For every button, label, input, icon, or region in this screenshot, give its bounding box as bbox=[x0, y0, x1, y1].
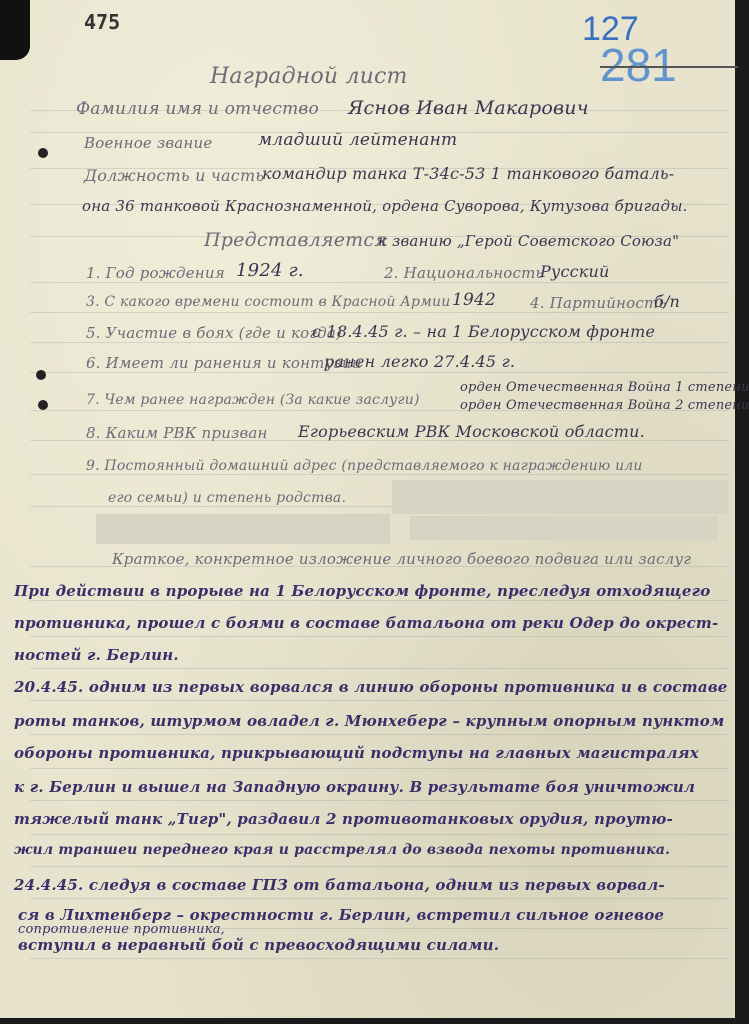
award-sheet-page: 475 127 281 Наградной лист Фамилия имя и… bbox=[0, 0, 735, 1018]
summary-heading: Краткое, конкретное изложение личного бо… bbox=[112, 550, 691, 568]
item-8-label: 8. Каким РВК призван bbox=[86, 424, 268, 442]
item-7-label: 7. Чем ранее награжден (За какие заслуги… bbox=[86, 392, 420, 408]
position-value-line1: командир танка Т-34с-53 1 танкового бата… bbox=[262, 164, 674, 183]
item-4-value: б/п bbox=[654, 292, 680, 311]
item-1-label: 1. Год рождения bbox=[86, 264, 225, 282]
narrative-line: При действии в прорыве на 1 Белорусском … bbox=[14, 582, 710, 600]
item-2-value: Русский bbox=[540, 262, 610, 281]
item-5-label: 5. Участие в боях (где и когда) bbox=[86, 324, 342, 342]
item-6-value: ранен легко 27.4.45 г. bbox=[324, 352, 515, 371]
punch-hole bbox=[38, 400, 48, 410]
item-7-value-line2: орден Отечественная Война 2 степени bbox=[460, 398, 749, 413]
rank-label: Военное звание bbox=[84, 134, 212, 152]
narrative-line: роты танков, штурмом овладел г. Мюнхебер… bbox=[14, 712, 724, 730]
redacted-address bbox=[392, 480, 728, 514]
stamp-number: 475 bbox=[84, 10, 120, 34]
item-2-label: 2. Национальность bbox=[384, 264, 544, 282]
rank-value: младший лейтенант bbox=[258, 130, 457, 150]
item-8-value: Егорьевским РВК Московской области. bbox=[298, 422, 645, 441]
narrative-line: обороны противника, прикрывающий подступ… bbox=[14, 744, 699, 762]
punch-hole bbox=[38, 148, 48, 158]
archive-number-bottom: 281 bbox=[600, 38, 677, 92]
nominated-label: Представляется bbox=[204, 229, 387, 251]
item-7-value-line1: орден Отечественная Война 1 степени bbox=[460, 380, 749, 395]
narrative-line: к г. Берлин и вышел на Западную окраину.… bbox=[14, 778, 695, 796]
narrative-line: 20.4.45. одним из первых ворвался в лини… bbox=[14, 678, 728, 696]
narrative-line: тяжелый танк „Тигр", раздавил 2 противот… bbox=[14, 810, 673, 828]
document-title: Наградной лист bbox=[210, 64, 408, 89]
item-3-value: 1942 bbox=[452, 290, 496, 310]
nominated-value: к званию „Герой Советского Союза" bbox=[378, 232, 679, 250]
position-value-line2: она 36 танковой Краснознаменной, ордена … bbox=[82, 197, 688, 215]
narrative-line: ностей г. Берлин. bbox=[14, 646, 179, 664]
item-4-label: 4. Партийность bbox=[530, 294, 667, 312]
redacted-address-3 bbox=[410, 516, 718, 540]
item-3-label: 3. С какого времени состоит в Красной Ар… bbox=[86, 294, 450, 310]
name-value: Яснов Иван Макарович bbox=[348, 97, 589, 119]
narrative-line: противника, прошел с боями в составе бат… bbox=[14, 614, 718, 632]
item-5-value: с 18.4.45 г. – на 1 Белорусском фронте bbox=[312, 322, 655, 341]
position-label: Должность и часть bbox=[84, 166, 264, 185]
redacted-address-2 bbox=[96, 514, 390, 544]
narrative-line: 24.4.45. следуя в составе ГПЗ от батальо… bbox=[14, 876, 665, 894]
item-6-label: 6. Имеет ли ранения и контузии bbox=[86, 354, 362, 372]
punch-hole bbox=[36, 370, 46, 380]
name-label: Фамилия имя и отчество bbox=[76, 99, 319, 119]
torn-corner bbox=[0, 0, 30, 60]
item-1-value: 1924 г. bbox=[236, 260, 304, 281]
narrative-line: сопротивление противника, bbox=[18, 922, 225, 937]
item-9-label-line1: 9. Постоянный домашний адрес (представля… bbox=[86, 458, 643, 474]
strike-line bbox=[600, 66, 738, 68]
narrative-line: жил траншеи переднего края и расстрелял … bbox=[14, 842, 670, 858]
item-9-label-line2: его семьи) и степень родства. bbox=[108, 490, 346, 506]
narrative-line: вступил в неравный бой с превосходящими … bbox=[18, 936, 499, 954]
